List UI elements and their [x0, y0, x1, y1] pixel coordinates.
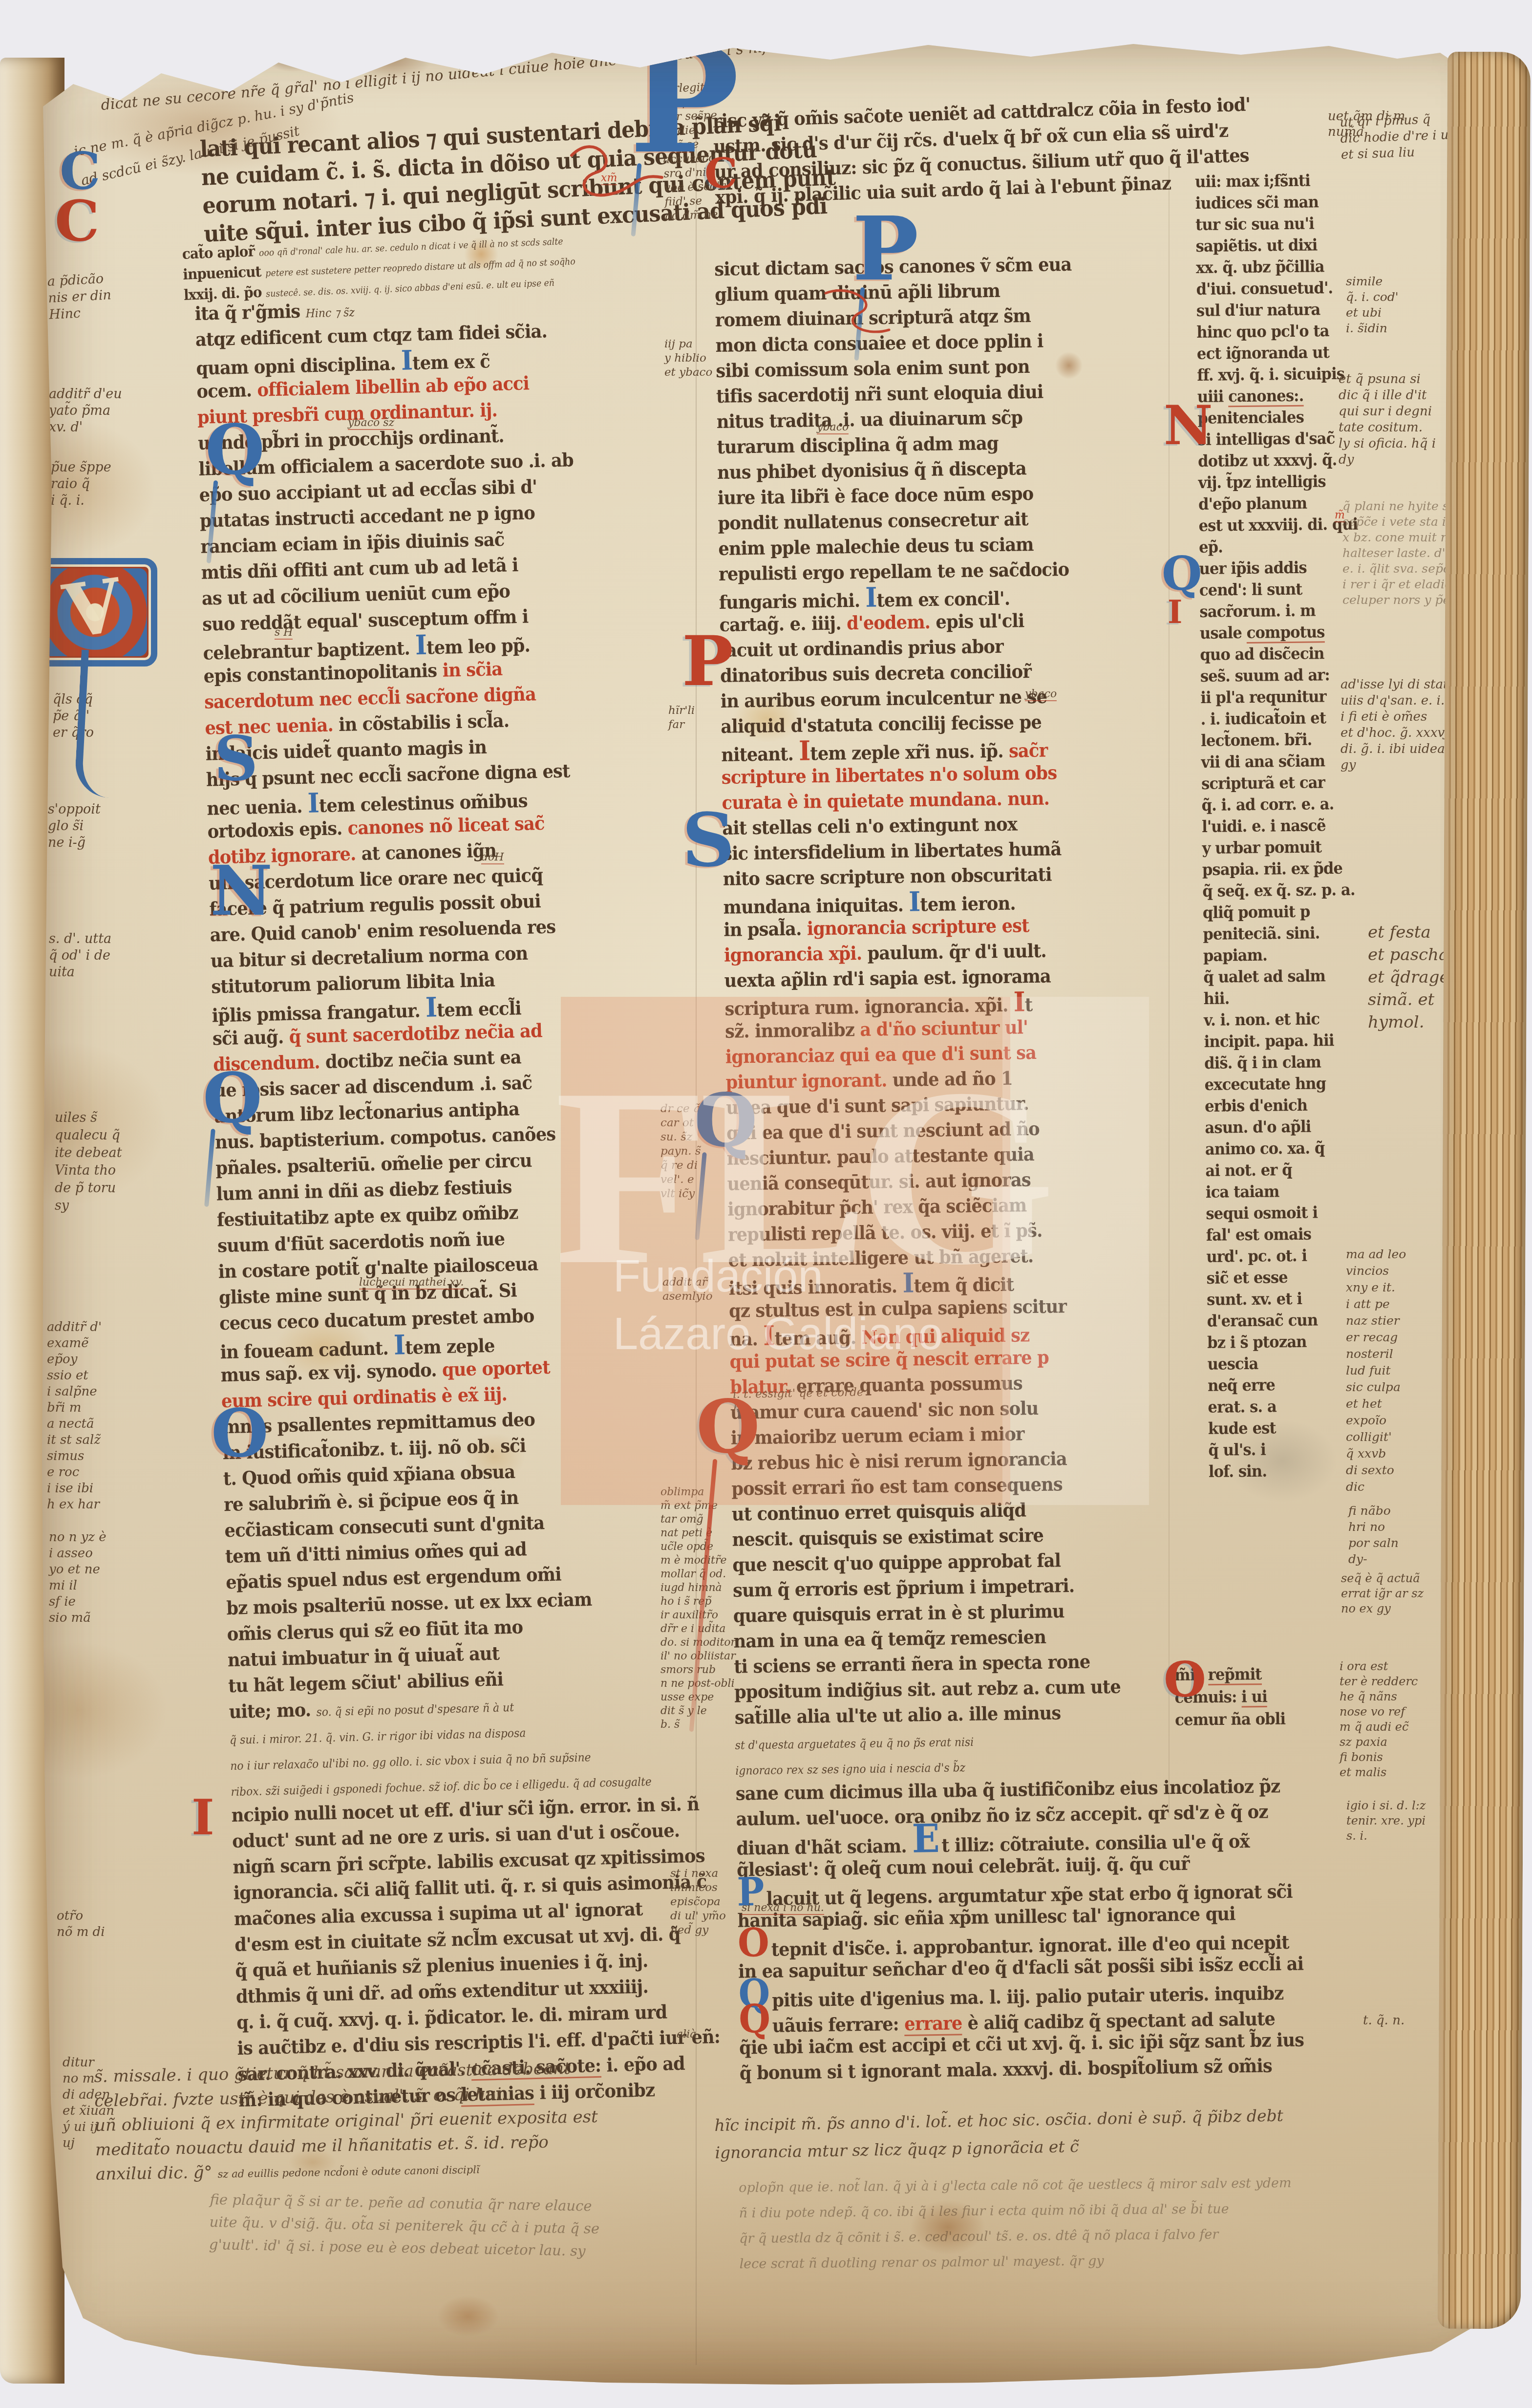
decorated-initial-letter: V [59, 562, 127, 655]
top-annotation-right: her uig ddie hos ý bus qui sur turbe ul'… [732, 0, 1361, 42]
text-run: I [307, 787, 319, 819]
text-line: simus [47, 1448, 102, 1464]
text-run: penitenciales [1197, 408, 1304, 428]
text-run: que nescit q'uo quippe approbat fal [732, 1549, 1061, 1575]
text-run: ut continuo erret quisquis aliq̃d [732, 1499, 1026, 1525]
text-line: ad dm̃ ne [665, 207, 728, 223]
text-run: fie plaq̃ur q̃ s̃ si ar te. peñe ad conu… [210, 2191, 592, 2214]
text-run: t [1025, 993, 1033, 1015]
text-line: xv. d' [49, 419, 122, 436]
text-run: pondit nullatenus consecretur ait [718, 508, 1028, 534]
interlinear-note: luchecui mathei xv. [359, 1276, 464, 1290]
text-line: sacr̃orum. i. m [1199, 600, 1359, 623]
text-run: epis constantinopolitanis [203, 659, 443, 687]
text-line: cemur ña obli [1175, 1708, 1285, 1731]
text-line: uj [63, 2135, 114, 2151]
text-line: hymol. [1368, 1011, 1454, 1033]
text-run: repulisti ergo repellam te ne sac̃docio [719, 558, 1069, 585]
text-run: unde ad ño 1 [893, 1067, 1013, 1091]
text-run: q̃r q̃ uestla dz q̃ cõnit i s̃. e. ced'a… [739, 2227, 1219, 2246]
text-run: mi il [49, 1578, 77, 1593]
text-run: canones nõ liceat sac̃ [347, 812, 545, 839]
text-run: no m [63, 2071, 94, 2086]
text-run: et x̃iuan [63, 2104, 114, 2118]
text-line: mollar q̃ od. [660, 1568, 736, 1581]
text-run: epis ul'cli [936, 609, 1024, 633]
text-line: dis̃. q̃ i in clam [1204, 1051, 1363, 1074]
text-line: ect ig̃noranda ut [1197, 342, 1356, 365]
text-line: i. s̃idin [1346, 321, 1399, 336]
text-line: ned̃ gy [670, 1923, 726, 1937]
text-run: q̃ ualet ad salm [1203, 966, 1325, 987]
text-run: raio q̃ [51, 476, 90, 492]
interlinear-note: xm̃ [601, 172, 617, 185]
text-run: t. q̃. n. [1363, 2013, 1404, 2028]
text-run: lud fuit [1346, 1363, 1390, 1377]
initial-q-quer: Q [1162, 556, 1202, 592]
left-margin-8: additr̃ d'examẽep̃oyssio eti salp̃nebr̃i… [47, 1319, 102, 1513]
text-run: q̃lesiast': q̃ oleq̃ cum noui celebrãt. … [737, 1852, 1190, 1881]
text-run: simile [1346, 274, 1383, 288]
text-run: q̃. i. cod' [1346, 290, 1399, 304]
text-run: s. d'. utta [49, 931, 111, 946]
text-run: sz ad euillis pedone ncd̃oni è odute can… [217, 2163, 480, 2180]
text-run: sat̃ille alia ul'te ut alio a. ille minu… [734, 1701, 1061, 1728]
text-run: br̃i m [47, 1400, 81, 1415]
text-run: at canones ig̃n [361, 839, 496, 864]
text-line: vincios [1346, 1263, 1406, 1279]
interlinear-note: ybaco s̃z [348, 417, 394, 430]
text-run: ii pl'a requnitur [1200, 687, 1326, 707]
text-line: oblimpa [660, 1485, 736, 1499]
text-run: usse expe [660, 1691, 714, 1703]
text-run: uite; mo. [229, 1698, 317, 1722]
text-run: dy- [1348, 1552, 1367, 1566]
text-line: dy [1339, 452, 1436, 468]
text-run: na. [729, 1328, 764, 1350]
text-run: fi bonis [1340, 1750, 1383, 1764]
text-run: i. ep̃o ad [601, 2052, 685, 2076]
text-line: h ex har [47, 1497, 102, 1513]
text-run: dic q̃ i ille d'it [1339, 388, 1426, 403]
text-run: mollar q̃ od. [660, 1568, 726, 1580]
text-run: her uig ddie hos ý bus qui sur turbe ul'… [732, 0, 1361, 41]
text-run: sz paxia [1340, 1735, 1387, 1749]
text-run: nosteril [1346, 1347, 1393, 1361]
text-run: sum q̃ erroris est p̃prium i impetrari. [733, 1574, 1075, 1601]
right-margin-5: ad'isse lyi di statuuiis d'q'san. e. i.i… [1340, 677, 1456, 774]
text-run: h ex har [47, 1497, 100, 1512]
text-line: v. i. non. et hic [1204, 1008, 1363, 1031]
text-run: fi nãbo [1348, 1504, 1391, 1518]
text-line: usale compotus [1200, 621, 1359, 644]
text-line: sequi osmoit i [1206, 1201, 1365, 1224]
text-run: uite q̃u. v d'sig̃. q̃u. ot̃a si peniter… [209, 2214, 599, 2237]
text-line: vii di ana sc̃iam [1201, 750, 1360, 773]
initial-p-placuit: P [682, 635, 733, 688]
text-run: sibi comissum sola enim sunt pon [716, 355, 1030, 382]
text-run: gy [1340, 758, 1356, 773]
text-run: usale [1200, 623, 1247, 643]
text-line: dit s̃ y le [660, 1704, 736, 1718]
text-line: additr̃ d'eu [49, 386, 122, 403]
text-run: doctibz nec̃ia sunt ea [325, 1046, 521, 1073]
col-b-faded-note: oplop̃n que ie. not̃ lan. q̃ yi à i g'le… [739, 2171, 1292, 2277]
text-line: ir auxilitr̃o [660, 1609, 736, 1622]
text-run: uexta ap̃lin rd'i sapia est. ignorama [724, 965, 1051, 991]
text-run: qliq̃ pomuit p [1203, 902, 1310, 922]
left-margin-7: uiles s̃qualecu q̃ite debeatVinta thode … [55, 1109, 122, 1215]
text-run: vij. t̃pz intelligis [1198, 472, 1325, 492]
text-run: tem ex concil'. [876, 587, 1010, 611]
text-line: uii: max i;fs̃nti [1195, 170, 1354, 193]
text-run: ignorabitur p̃ch' rex q̃a sciẽciam [727, 1194, 1027, 1220]
text-run: smors rub [660, 1664, 716, 1676]
text-line: dotibz ut xxxvj. q̃. [1198, 449, 1357, 472]
text-line: hri no [1348, 1519, 1399, 1535]
text-run: i ui [1241, 1687, 1267, 1708]
text-line: et ubi [1346, 305, 1399, 321]
text-line: scripturã et car [1201, 772, 1361, 795]
initial-s-silaicis: S [214, 735, 258, 783]
col-a-bottom-note: s̃. missale. i quo g̃tietur q̃ ht̃ sacra… [94, 2056, 599, 2187]
text-run: dic hodie d're i u [1340, 128, 1449, 146]
text-run: tenir. xre. ypi [1346, 1814, 1426, 1827]
text-line: et pascha. [1368, 944, 1454, 966]
text-run: ppositum indig̃ius sit. aut rebz a. cum … [734, 1676, 1121, 1703]
text-run: l'uidi. e. i nascẽ [1202, 816, 1326, 836]
text-line: di aden [63, 2087, 114, 2103]
text-run: scripturã et car [1201, 773, 1325, 793]
text-run: yat̃o p̃ma [49, 403, 110, 418]
text-run: I [799, 734, 810, 766]
text-line: sio mã [49, 1610, 106, 1626]
text-line: ai not. er q̃ [1205, 1158, 1364, 1181]
initial-c-cur: C [704, 157, 738, 190]
text-run: dr̃r e i ud̃ita [660, 1623, 725, 1635]
text-line: hĩr'li [668, 704, 695, 718]
text-run: expoĩo [1346, 1413, 1386, 1427]
text-run: xx. q̃. ubz p̃c̃illia [1196, 257, 1324, 277]
text-line: seq̃ è q̃ actuã [1341, 1571, 1424, 1586]
text-line: e roc [47, 1464, 102, 1481]
text-line: he q̃ nãns [1340, 1689, 1418, 1704]
text-line: gy [1340, 757, 1456, 774]
text-line: sy [55, 1197, 122, 1215]
text-line: qui sur i degni [1339, 404, 1436, 420]
initial-n-nulli: N [210, 865, 273, 918]
text-run: di aden [63, 2087, 110, 2102]
text-line: simile [1346, 274, 1399, 289]
text-line: qliq̃ pomuit p [1203, 901, 1362, 924]
text-line: erbis d'enich [1205, 1094, 1364, 1117]
text-line: di. g̃. i. ibi uideas [1340, 741, 1456, 757]
text-run: paulum. q̃r d'i uult. [867, 940, 1046, 964]
text-line: lect̃onem. br̃i. [1201, 729, 1360, 752]
text-line: et festa [1368, 921, 1454, 944]
text-line: it st salz̃ [47, 1432, 102, 1448]
text-run: dic [1346, 1480, 1364, 1494]
text-run: a nectã [47, 1417, 94, 1431]
text-run: aliquid d'statuta concilij fecisse pe [721, 711, 1042, 737]
text-run: dotibz ut xxxvj. q̃. [1198, 450, 1337, 471]
text-run: g'uult'. id' q̃ si. i pose eu è eos debe… [209, 2236, 586, 2259]
text-run: I [425, 991, 437, 1023]
text-run: sc̃i aug̃. [212, 1026, 289, 1050]
text-line: m̃ ext p̃me [660, 1499, 736, 1513]
gutter-7: oblimpam̃ ext p̃metar omg̃nat peti èuc̃l… [660, 1485, 736, 1732]
text-run: sul d'iur natura [1196, 300, 1320, 320]
text-run: q̃. i. ad corr. e. a. [1201, 794, 1334, 815]
text-run: enim pple malechie deus tu sciam [718, 533, 1034, 559]
text-run: d'ep̃o planum [1198, 494, 1307, 514]
text-run: ned̃ gy [670, 1924, 708, 1936]
text-line: no n yz è [49, 1529, 106, 1546]
text-run: iudices sc̃i man [1195, 192, 1319, 213]
text-run: q̃ seq̃. ex q̃. sz. p. a. [1202, 880, 1355, 901]
text-run: x bz. cone muit nõ [1342, 530, 1456, 544]
text-run: di ul' ym̃o [670, 1910, 726, 1922]
text-run: nec uenia. [207, 795, 308, 819]
text-run: anxilui dic. g̃° [96, 2163, 218, 2184]
text-run: dis̃. q̃ i in clam [1204, 1052, 1321, 1072]
text-run: I [401, 344, 413, 376]
text-run: y hiblio [664, 352, 706, 365]
gutter-3: hĩr'lifar [668, 704, 695, 732]
text-run: Vinta tho [55, 1163, 116, 1178]
text-line: s. i. [1346, 1828, 1426, 1844]
text-run: urd'. pc. ot. i [1206, 1246, 1307, 1266]
text-line: i ora est [1340, 1659, 1418, 1674]
text-line: uiii canones:. [1197, 385, 1357, 408]
text-run: uiis d'q'san. e. i. [1340, 693, 1445, 708]
text-line: p̃ue s̃ppe [51, 459, 111, 476]
text-line: otr̃o [57, 1908, 105, 1924]
text-run: yo et ne [49, 1562, 100, 1577]
text-line: di ul' ym̃o [670, 1909, 726, 1923]
text-run: tem q̃ dicit [914, 1273, 1014, 1297]
text-line: her uig ddie hos ý bus qui sur turbe ul'… [732, 0, 1361, 42]
text-run: far [668, 718, 684, 731]
left-margin-2: additr̃ d'euyat̃o p̃maxv. d' [49, 386, 122, 436]
text-line: no m [63, 2071, 114, 2087]
text-line: expoĩo [1346, 1412, 1406, 1429]
text-run: tur sic sua nu'i [1195, 214, 1314, 234]
text-run: nito sacre scripture non obscuritati [723, 863, 1051, 889]
text-run: et het [1346, 1397, 1382, 1411]
text-run: ses̃. suum ad ar: [1200, 665, 1330, 686]
text-run: I [415, 629, 427, 661]
text-run: additr̃ d'eu [49, 387, 122, 402]
text-run: qui putat se scire q̃ nescit errare p [729, 1346, 1049, 1373]
text-run: niteant. [721, 743, 799, 766]
text-run: addit ar̃ [662, 1276, 707, 1289]
text-run: nus phibet dyonisius q̃ ñ discepta [717, 457, 1026, 483]
text-line: y hiblio [664, 351, 712, 365]
text-line: dic q̃ i ille d'it [1339, 387, 1436, 404]
text-line: glo s̃i [48, 818, 101, 835]
text-run: sac̃r [1009, 739, 1048, 762]
text-line: nis er din [48, 287, 112, 307]
text-line: alià [677, 2028, 696, 2042]
text-run: Hinc [49, 306, 81, 322]
text-run: uer ip̃is addis [1199, 558, 1307, 578]
text-run: est ut xxxviij. di. qui [1198, 515, 1358, 535]
text-run: m q̃ audi ec̃ [1340, 1720, 1408, 1734]
interlinear-note: m̃ [1335, 509, 1345, 522]
text-run: mus sap̃. ex vij. synodo. [220, 1358, 442, 1386]
text-run: nescit. quisquis se existimat scire [732, 1524, 1043, 1550]
text-run: p̃ue s̃ppe [51, 460, 111, 475]
text-run: ut q̃r i p̃mus q̃ [1340, 112, 1431, 130]
text-line: uc̃le opd̃e [660, 1540, 736, 1554]
text-line: d'iui. consuetud'. [1196, 277, 1355, 300]
text-run: que oportet [442, 1356, 550, 1380]
text-run: ai not. er q̃ [1205, 1160, 1292, 1180]
right-margin-3: et q̃ psuna sidic q̃ i ille d'itqui sur … [1339, 371, 1436, 468]
text-line: est ut xxxviij. di. qui [1198, 514, 1358, 537]
text-line: et het [1346, 1396, 1406, 1412]
gutter-2: iij pay hiblioet ybaco [664, 337, 712, 380]
text-line: et d'hoc. g̃. xxxvj [1340, 725, 1456, 741]
initial-p-top: P [629, 43, 740, 157]
text-run: i rer i q̃r et eladio [1342, 577, 1452, 591]
text-line: sunt. xv. et i [1207, 1287, 1366, 1310]
text-run: iij pa [664, 338, 693, 350]
text-run: ne i-g̃ [48, 835, 85, 850]
text-run: di sexto [1346, 1463, 1394, 1477]
text-run: tem zeple [405, 1334, 495, 1358]
text-run: Hinc ⁊ s̃z [305, 305, 355, 320]
text-run: itsi quis innoratis. [728, 1275, 903, 1299]
text-line: uer ip̃is addis [1199, 557, 1358, 580]
text-run: st d'questa arguetates q̃ eu q̃ no p̃s e… [735, 1735, 974, 1752]
left-margin-3: p̃ue s̃pperaio q̃i q̃. i. [51, 459, 111, 509]
text-line: i asseo [49, 1546, 106, 1562]
text-run: fal' est omais [1206, 1225, 1312, 1245]
text-run: ssio et [47, 1368, 88, 1383]
text-run: vincios [1346, 1264, 1389, 1278]
text-run: ly si oficia. hq̃ i [1339, 436, 1436, 451]
text-line: qualecu q̃ [55, 1127, 122, 1144]
text-line: d'eransac̃ cun [1207, 1309, 1366, 1332]
text-run: oplop̃n que ie. not̃ lan. q̃ yi à i g'le… [739, 2175, 1292, 2195]
text-run: no ex gy [1341, 1602, 1391, 1615]
interlinear-note: s̃ H [275, 626, 293, 640]
text-line: penitenciales [1197, 406, 1357, 429]
text-run: sapiẽtis. ut dixi [1195, 235, 1317, 256]
left-margin-10: otr̃onõ m di [57, 1908, 105, 1940]
text-line: psapia. rii. ex p̃de [1202, 858, 1362, 881]
right-margin-10: i ora estter è redderche q̃ nãnsnose vo … [1340, 1659, 1418, 1780]
text-line: q̃r q̃ uestla dz q̃ cõnit i s̃. e. ced'a… [739, 2221, 1292, 2252]
text-run: sic intersfidelium in libertates humã [723, 838, 1062, 864]
text-line: yat̃o p̃ma [49, 403, 122, 419]
text-run: i ise ibi [47, 1481, 93, 1496]
text-run: ait stellas celi n'o extingunt nox [722, 813, 1017, 838]
text-line: ite debeat [55, 1144, 122, 1162]
text-line: ma ad leo [1346, 1246, 1406, 1263]
text-line: incipit. papa. hii [1204, 1029, 1363, 1052]
text-run: nõ m di [57, 1925, 105, 1939]
text-run: simã. et [1368, 990, 1434, 1010]
col-b-bottom-note: hĩc incipit m̃. p̃s anno d'i. lot̃. et h… [714, 2102, 1284, 2167]
text-run: I [1013, 986, 1025, 1017]
text-line: et ybaco [664, 365, 712, 380]
text-line: tenir. xre. ypi [1346, 1813, 1426, 1828]
text-run: et q̃drage [1368, 967, 1449, 987]
text-line: s'oppoit [48, 801, 101, 818]
text-run: q̃ sunt sacerdotibz nec̃ia ad [289, 1019, 542, 1048]
text-run: i asseo [49, 1546, 93, 1561]
initial-o-omnes: O [211, 1407, 269, 1459]
text-line: neq̃ erre [1208, 1373, 1367, 1396]
text-run: nis er din [48, 287, 112, 306]
text-run: Non qui aliquid sz [861, 1324, 1029, 1348]
text-run: e roc [47, 1465, 79, 1480]
text-line: nat peti è [660, 1526, 736, 1540]
text-run: ite debeat [55, 1145, 122, 1161]
text-run: q̃ re di [660, 1159, 698, 1172]
text-run: ff. xvj. q̃. i. sicuipis [1197, 364, 1344, 385]
text-run: et festa [1368, 923, 1431, 942]
text-run: a p̃dicão [47, 271, 104, 289]
text-line: br̃i m [47, 1400, 102, 1416]
text-line: q̃. i. ad corr. e. a. [1201, 793, 1361, 816]
text-run: cat̃o aplor̃ [182, 243, 259, 263]
text-line: no ex gy [1341, 1601, 1424, 1616]
text-line: q̃ xxvb [1346, 1445, 1406, 1462]
text-run: ui ea que d'i sunt sapi sapiuntur. [726, 1092, 1029, 1118]
text-line: nose vo ref [1340, 1704, 1418, 1720]
text-line: ne i-g̃ [48, 835, 101, 851]
text-run: ñ i diu pote ndep̃. q̃ co. ibi q̃ i les … [739, 2201, 1229, 2221]
text-line: cend': li sunt [1199, 578, 1359, 601]
text-line: m q̃ audi ec̃ [1340, 1720, 1418, 1735]
text-run: it st salz̃ [47, 1433, 101, 1447]
text-line: i salp̃ne [47, 1384, 102, 1400]
text-line: ep̃oy [47, 1352, 102, 1368]
text-run: i salp̃ne [47, 1384, 97, 1399]
gutter-9: alià [677, 2028, 696, 2042]
text-run: oblimpa [660, 1486, 704, 1498]
text-line: iudices sc̃i man [1195, 191, 1354, 214]
text-line: sic̃ et esse [1206, 1266, 1365, 1289]
text-run: ignorancia scripture est [807, 914, 1029, 939]
text-run: de p̃ toru [55, 1181, 116, 1196]
text-line: asemlyio [662, 1290, 713, 1304]
text-line: errat ig̃r ar sz [1341, 1586, 1424, 1601]
text-run: no n yz è [49, 1530, 106, 1545]
text-run: q̃ od' i de [49, 948, 110, 963]
text-line: y urbar pomuit [1202, 836, 1361, 859]
text-run: in auribus eorum inculcentur ne se [720, 686, 1047, 712]
text-run: ep̃. [1199, 537, 1223, 557]
text-line: Vinta tho [55, 1162, 122, 1180]
text-line: hii. [1204, 986, 1363, 1009]
text-run: d'iui. consuetud'. [1196, 278, 1333, 299]
text-run: et ybaco [664, 366, 712, 379]
text-line: tur sic sua nu'i [1195, 213, 1355, 236]
text-run: sf ie [49, 1594, 76, 1609]
text-line: urd'. pc. ot. i [1206, 1244, 1365, 1267]
text-line: xny e it. [1346, 1279, 1406, 1296]
text-run: q̃ xxvb [1346, 1446, 1386, 1461]
initial-c-red: C [55, 199, 100, 243]
text-run: excecutate hng [1204, 1074, 1326, 1094]
text-run: cend': li sunt [1199, 580, 1302, 600]
text-run: errat ig̃r ar sz [1341, 1587, 1424, 1600]
